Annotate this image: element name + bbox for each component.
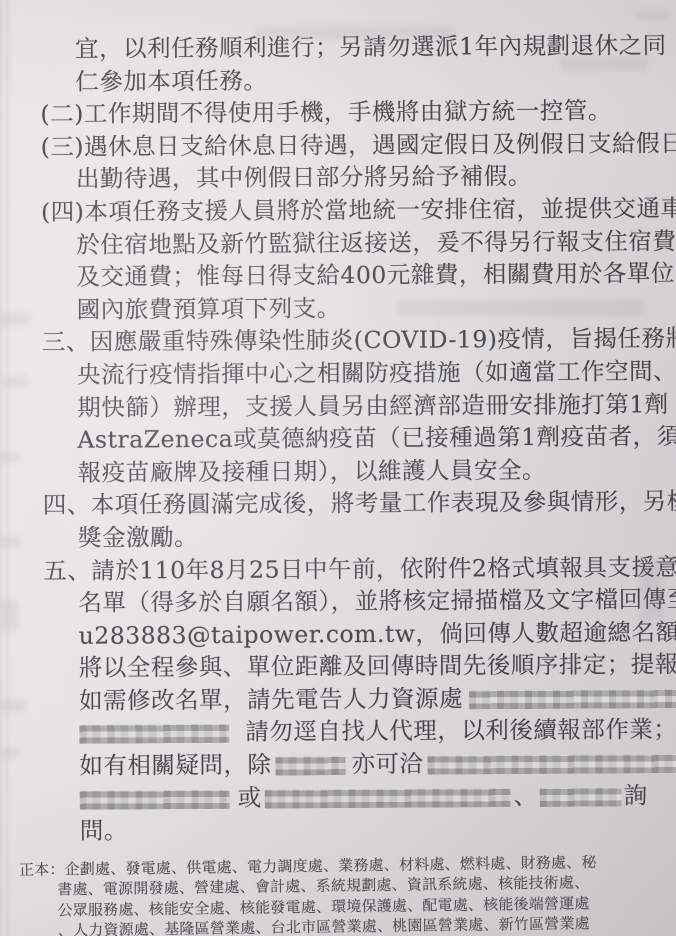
body-text: 四、本項任務圓滿完成後，將考量工作表現及參與情形，另核發 <box>43 487 676 519</box>
body-line: 央流行疫情指揮中心之相關防疫措施（如適當工作空間、定 <box>41 355 657 391</box>
body-line: 請勿逕自找人代理，以利後續報部作業； <box>43 714 659 750</box>
bleed-through-smudge <box>0 536 22 548</box>
redacted-text-block <box>265 788 511 809</box>
body-line: 仁參加本項任務。 <box>39 62 655 98</box>
body-text: 問。 <box>80 817 128 845</box>
body-text: 五、請於110年8月25日中午前，依附件2格式填報具支援意願者 <box>43 552 676 584</box>
body-line: 將以全程參與、單位距離及回傳時間先後順序排定；提報後 <box>43 649 659 685</box>
body-line: AstraZeneca或莫德納疫苗（已接種過第1劑疫苗者，須另填 <box>41 420 657 456</box>
body-text: (二)工作期間不得使用手機，手機將由獄方統一控管。 <box>40 97 612 128</box>
body-text: 請勿逕自找人代理，以利後續報部作業； <box>245 716 676 747</box>
redacted-text-block <box>427 754 676 775</box>
body-line: 獎金激勵。 <box>42 518 658 554</box>
body-text: (三)遇休息日支給休息日待遇，遇國定假日及例假日支給假日 <box>41 129 676 161</box>
body-text: 、 <box>514 782 538 810</box>
body-line: 四、本項任務圓滿完成後，將考量工作表現及參與情形，另核發 <box>42 486 658 522</box>
body-line: 問。 <box>44 811 660 847</box>
body-text: 三、因應嚴重特殊傳染性肺炎(COVID-19)疫情，旨揭任務將依中 <box>42 324 676 356</box>
body-text: 國內旅費預算項下列支。 <box>77 294 341 324</box>
body-line: 及交通費；惟每日得支給400元雜費，相關費用於各單位 <box>40 257 656 293</box>
body-line: 於住宿地點及新竹監獄往返接送，爰不得另行報支住宿費 <box>40 225 656 261</box>
bleed-through-smudge <box>2 376 28 388</box>
body-line: 國內旅費預算項下列支。 <box>41 290 657 326</box>
body-line: u283883@taipower.com.tw，倘回傳人數超逾總名額上限， <box>43 616 659 652</box>
body-line: 或、詢 <box>44 779 660 815</box>
body-line: 宜，以利任務順利進行；另請勿選派1年內規劃退休之同 <box>39 29 655 65</box>
body-text: 於住宿地點及新竹監獄往返接送，爰不得另行報支住宿費 <box>76 227 676 259</box>
body-line: (四)本項任務支援人員將於當地統一安排住宿，並提供交通車 <box>40 192 656 228</box>
body-text: 及交通費；惟每日得支給400元雜費，相關費用於各單位 <box>76 259 675 291</box>
body-text: (四)本項任務支援人員將於當地統一安排住宿，並提供交通車 <box>41 194 676 226</box>
bleed-through-smudge <box>0 748 20 758</box>
body-text: 出勤待遇，其中例假日部分將另給予補假。 <box>76 162 532 193</box>
body-line: 報疫苗廠牌及接種日期），以維護人員安全。 <box>42 453 658 489</box>
body-text: 亦可洽 <box>351 750 423 778</box>
body-text: 如需修改名單，請先電告人力資源處 <box>79 684 463 714</box>
body-text: 仁參加本項任務。 <box>75 66 267 95</box>
body-line: 三、因應嚴重特殊傳染性肺炎(COVID-19)疫情，旨揭任務將依中 <box>41 323 657 359</box>
body-text: 央流行疫情指揮中心之相關防疫措施（如適當工作空間、定 <box>77 357 676 389</box>
redacted-text-block <box>79 724 229 744</box>
body-text: 詢 <box>624 781 648 809</box>
document-body: 宜，以利任務順利進行；另請勿選派1年內規劃退休之同仁參加本項任務。(二)工作期間… <box>39 29 660 848</box>
bleed-through-smudge <box>0 312 30 326</box>
body-line: 如有相關疑問，除亦可洽 <box>43 746 659 782</box>
redacted-text-block <box>275 756 345 775</box>
body-text: 報疫苗廠牌及接種日期），以維護人員安全。 <box>78 456 546 487</box>
body-text: 期快篩）辦理，支援人員另由經濟部造冊安排施打第1劑 <box>77 390 669 422</box>
body-text: u283883@taipower.com.tw，倘回傳人數超逾總名額上限， <box>79 617 676 649</box>
body-text: AstraZeneca或莫德納疫苗（已接種過第1劑疫苗者，須另填 <box>77 422 676 454</box>
body-text: 如有相關疑問，除 <box>79 751 271 780</box>
body-text: 名單（得多於自願名額），並將核定掃描檔及文字檔回傳至 <box>78 585 676 617</box>
redacted-text-block <box>540 787 622 807</box>
distribution-list-footer: 正本：企劃處、發電處、供電處、電力調度處、業務處、材料處、燃料處、財務處、秘書處… <box>19 851 675 936</box>
redacted-text-block <box>80 790 230 810</box>
body-text: 宜，以利任務順利進行；另請勿選派1年內規劃退休之同 <box>75 31 667 63</box>
redacted-text-block <box>469 689 676 710</box>
body-line: 如需修改名單，請先電告人力資源處 <box>43 681 659 717</box>
body-text: 將以全程參與、單位距離及回傳時間先後順序排定；提報後 <box>79 650 676 682</box>
body-line: 期快篩）辦理，支援人員另由經濟部造冊安排施打第1劑 <box>41 388 657 424</box>
body-line: (三)遇休息日支給休息日待遇，遇國定假日及例假日支給假日 <box>40 127 656 163</box>
body-line: 五、請於110年8月25日中午前，依附件2格式填報具支援意願者 <box>42 551 658 587</box>
scanned-document-page: 宜，以利任務順利進行；另請勿選派1年內規劃退休之同仁參加本項任務。(二)工作期間… <box>0 0 676 936</box>
footer-label: 正本： <box>19 860 65 879</box>
bleed-through-smudge <box>0 700 26 712</box>
body-line: (二)工作期間不得使用手機，手機將由獄方統一控管。 <box>39 94 655 130</box>
bleed-through-smudge <box>0 600 18 630</box>
bleed-through-smudge <box>0 452 20 462</box>
bleed-through-smudge <box>636 10 670 20</box>
body-line: 名單（得多於自願名額），並將核定掃描檔及文字檔回傳至 <box>42 583 658 619</box>
body-text: 或 <box>238 783 262 811</box>
body-text: 獎金激勵。 <box>78 523 198 552</box>
body-line: 出勤待遇，其中例假日部分將另給予補假。 <box>40 160 656 196</box>
